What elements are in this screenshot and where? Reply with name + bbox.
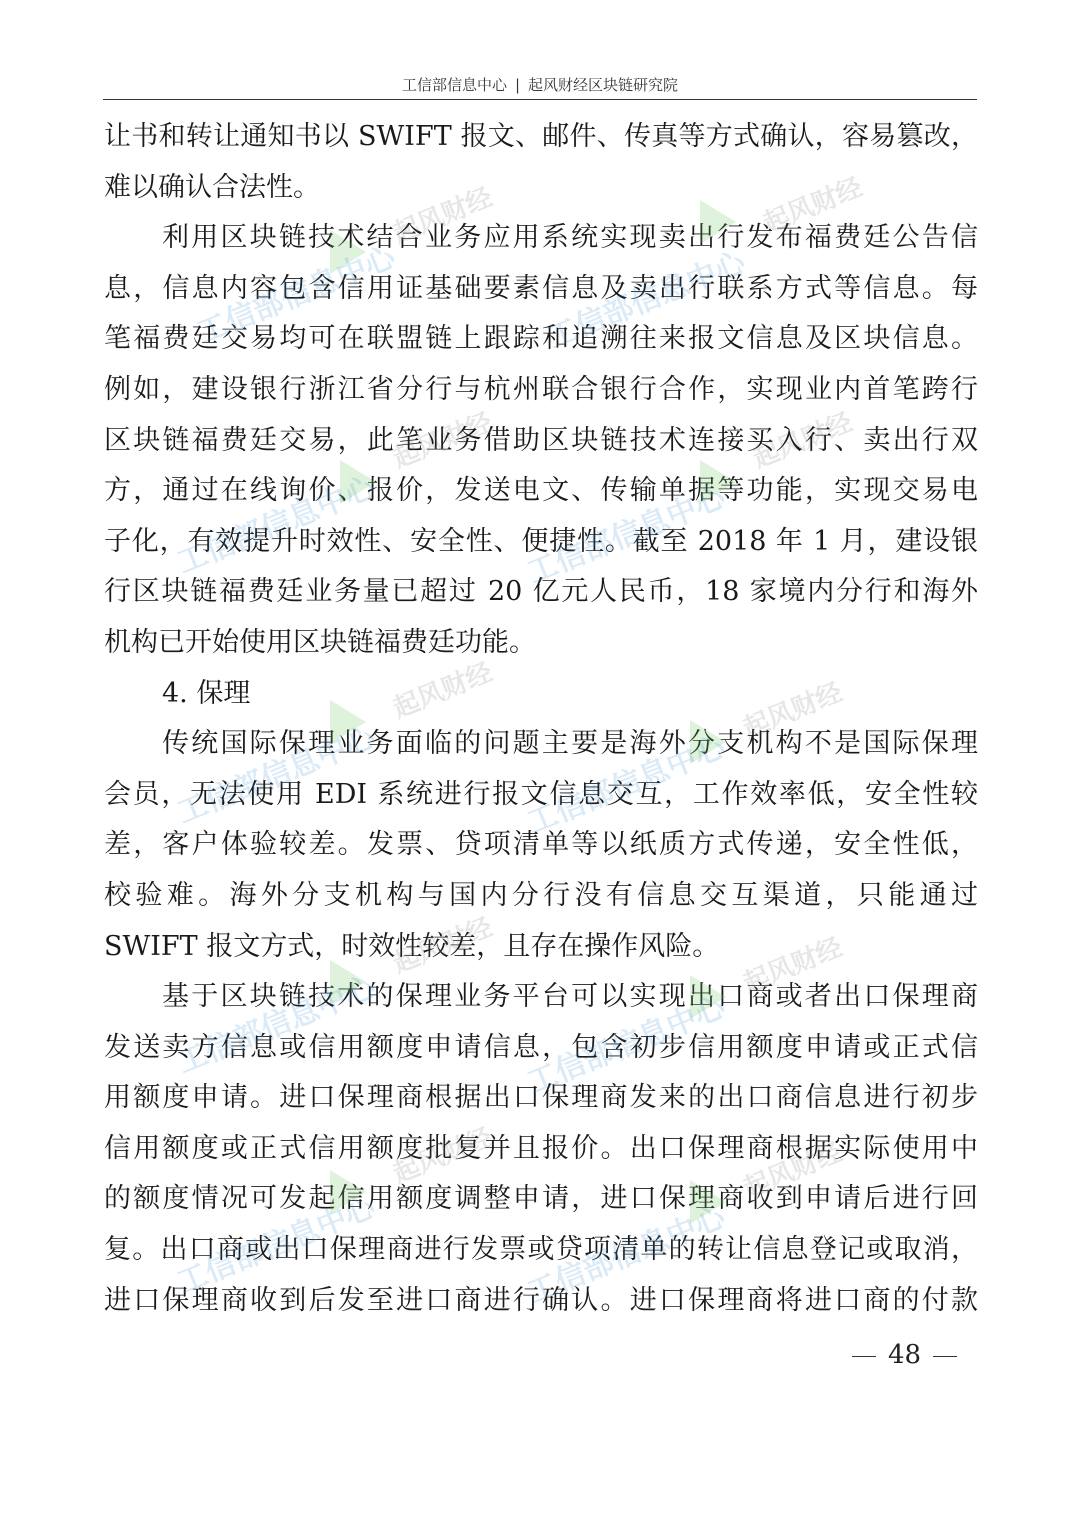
- section-heading: 4. 保理: [104, 669, 978, 720]
- running-header: 工信部信息中心|起风财经区块链研究院: [103, 74, 977, 95]
- text-line: 会员，无法使用 EDI 系统进行报文信息交互，工作效率低，安全性较: [104, 770, 978, 821]
- header-org-right: 起风财经区块链研究院: [528, 76, 678, 94]
- paragraph-start: 传统国际保理业务面临的问题主要是海外分支机构不是国际保理: [104, 719, 978, 770]
- header-separator: |: [515, 76, 520, 94]
- text-line: 用额度申请。进口保理商根据出口保理商发来的出口商信息进行初步: [104, 1073, 978, 1124]
- page-number: 48: [840, 1340, 969, 1370]
- text-line: 复。出口商或出口保理商进行发票或贷项清单的转让信息登记或取消，: [104, 1225, 978, 1276]
- text-line: 息，信息内容包含信用证基础要素信息及卖出行联系方式等信息。每: [104, 264, 978, 315]
- dash-left: [852, 1356, 876, 1357]
- text-line: 发送卖方信息或信用额度申请信息，包含初步信用额度申请或正式信: [104, 1023, 978, 1074]
- dash-right: [933, 1356, 957, 1357]
- page-number-value: 48: [888, 1340, 921, 1370]
- header-org-left: 工信部信息中心: [402, 76, 507, 94]
- text-line: 信用额度或正式信用额度批复并且报价。出口保理商根据实际使用中: [104, 1124, 978, 1175]
- text-line: 方，通过在线询价、报价，发送电文、传输单据等功能，实现交易电: [104, 466, 978, 517]
- text-line: 笔福费廷交易均可在联盟链上跟踪和追溯往来报文信息及区块信息。: [104, 314, 978, 365]
- text-line: 例如，建设银行浙江省分行与杭州联合银行合作，实现业内首笔跨行: [104, 365, 978, 416]
- text-line: 难以确认合法性。: [104, 163, 978, 214]
- header-rule: [103, 99, 977, 100]
- paragraph-start: 利用区块链技术结合业务应用系统实现卖出行发布福费廷公告信: [104, 213, 978, 264]
- text-line: 的额度情况可发起信用额度调整申请，进口保理商收到申请后进行回: [104, 1174, 978, 1225]
- text-line: 让书和转让通知书以 SWIFT 报文、邮件、传真等方式确认，容易篡改，: [104, 112, 978, 163]
- paragraph-start: 基于区块链技术的保理业务平台可以实现出口商或者出口保理商: [104, 972, 978, 1023]
- text-line: 进口保理商收到后发至进口商进行确认。进口保理商将进口商的付款: [104, 1276, 978, 1327]
- text-line: 机构已开始使用区块链福费廷功能。: [104, 618, 978, 669]
- text-line: 区块链福费廷交易，此笔业务借助区块链技术连接买入行、卖出行双: [104, 416, 978, 467]
- text-line: 行区块链福费廷业务量已超过 20 亿元人民币，18 家境内分行和海外: [104, 567, 978, 618]
- text-line: 差，客户体验较差。发票、贷项清单等以纸质方式传递，安全性低，: [104, 820, 978, 871]
- text-line: SWIFT 报文方式，时效性较差，且存在操作风险。: [104, 922, 978, 973]
- body-text: 让书和转让通知书以 SWIFT 报文、邮件、传真等方式确认，容易篡改， 难以确认…: [104, 112, 978, 1326]
- text-line: 校验难。海外分支机构与国内分行没有信息交互渠道，只能通过: [104, 871, 978, 922]
- text-line: 子化，有效提升时效性、安全性、便捷性。截至 2018 年 1 月，建设银: [104, 517, 978, 568]
